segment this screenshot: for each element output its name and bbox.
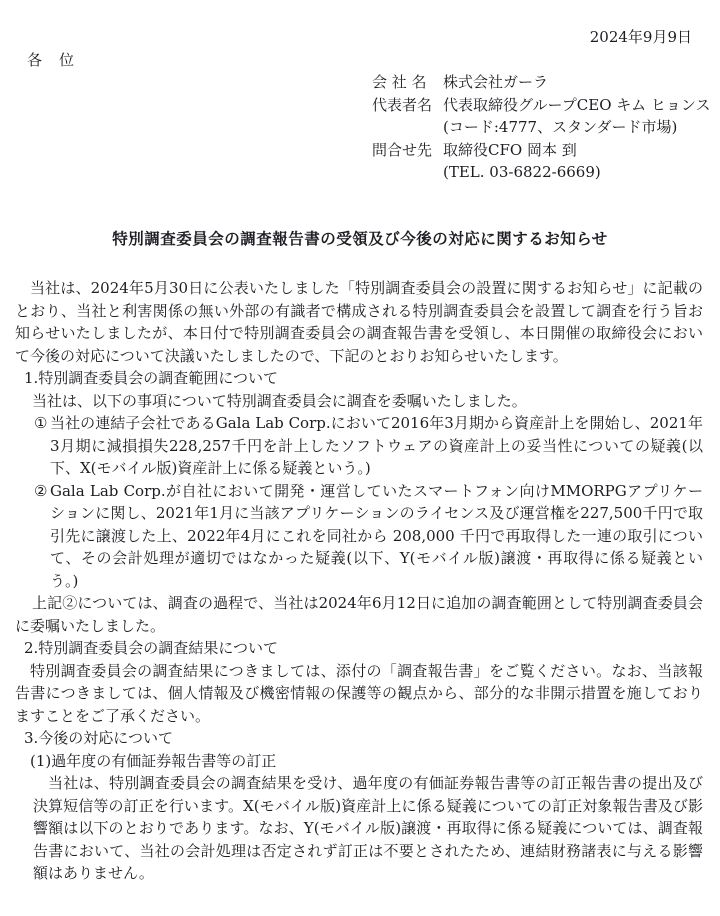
document-body: 当社は、2024年5月30日に公表いたしました「特別調査委員会の設置に関するお知…	[15, 277, 703, 885]
section1-item-2: ② Gala Lab Corp.が自社において開発・運営していたスマートフォン向…	[15, 480, 703, 593]
representative-value: 代表取締役グループCEO キム ヒョンス	[443, 94, 710, 117]
company-info-block: 会 社 名 株式会社ガーラ 代表者名 代表取締役グループCEO キム ヒョンス …	[372, 71, 710, 184]
company-name-value: 株式会社ガーラ	[443, 71, 548, 94]
phone-row: (TEL. 03-6822-6669)	[372, 161, 710, 184]
company-name-row: 会 社 名 株式会社ガーラ	[372, 71, 710, 94]
phone-value: (TEL. 03-6822-6669)	[443, 161, 601, 184]
document-date: 2024年9月9日	[590, 26, 692, 49]
section1-note: 上記②については、調査の過程で、当社は2024年6月12日に追加の調査範囲として…	[15, 592, 703, 637]
document-title: 特別調査委員会の調査報告書の受領及び今後の対応に関するお知らせ	[0, 228, 720, 251]
item1-marker: ①	[34, 412, 47, 435]
section3-heading: 3.今後の対応について	[15, 727, 703, 750]
document-page: 2024年9月9日 各 位 会 社 名 株式会社ガーラ 代表者名 代表取締役グル…	[0, 0, 720, 916]
contact-row: 問合せ先 取締役CFO 岡本 到	[372, 139, 710, 162]
representative-label: 代表者名	[372, 94, 443, 117]
item2-marker: ②	[34, 480, 47, 503]
section2-body: 特別調査委員会の調査結果につきましては、添付の「調査報告書」をご覧ください。なお…	[15, 660, 703, 728]
item2-text: Gala Lab Corp.が自社において開発・運営していたスマートフォン向けM…	[50, 482, 703, 590]
representative-row: 代表者名 代表取締役グループCEO キム ヒョンス	[372, 94, 710, 117]
stock-code-row: (コード:4777、スタンダード市場)	[372, 116, 710, 139]
item1-text: 当社の連結子会社であるGala Lab Corp.において2016年3月期から資…	[50, 414, 703, 477]
stock-code-label	[372, 116, 443, 139]
recipient-line: 各 位	[27, 49, 75, 72]
section1-item-1: ① 当社の連結子会社であるGala Lab Corp.において2016年3月期か…	[15, 412, 703, 480]
stock-code-value: (コード:4777、スタンダード市場)	[443, 116, 677, 139]
company-name-label: 会 社 名	[372, 71, 443, 94]
section1-lead: 当社は、以下の事項について特別調査委員会に調査を委嘱いたしました。	[15, 390, 703, 413]
section1-heading: 1.特別調査委員会の調査範囲について	[15, 367, 703, 390]
contact-value: 取締役CFO 岡本 到	[443, 139, 577, 162]
contact-label: 問合せ先	[372, 139, 443, 162]
intro-paragraph: 当社は、2024年5月30日に公表いたしました「特別調査委員会の設置に関するお知…	[15, 277, 703, 367]
section3-body: 当社は、特別調査委員会の調査結果を受け、過年度の有価証券報告書等の訂正報告書の提…	[33, 772, 703, 885]
phone-label	[372, 161, 443, 184]
section2-heading: 2.特別調査委員会の調査結果について	[15, 637, 703, 660]
section3-subheading: (1)過年度の有価証券報告書等の訂正	[15, 750, 703, 773]
